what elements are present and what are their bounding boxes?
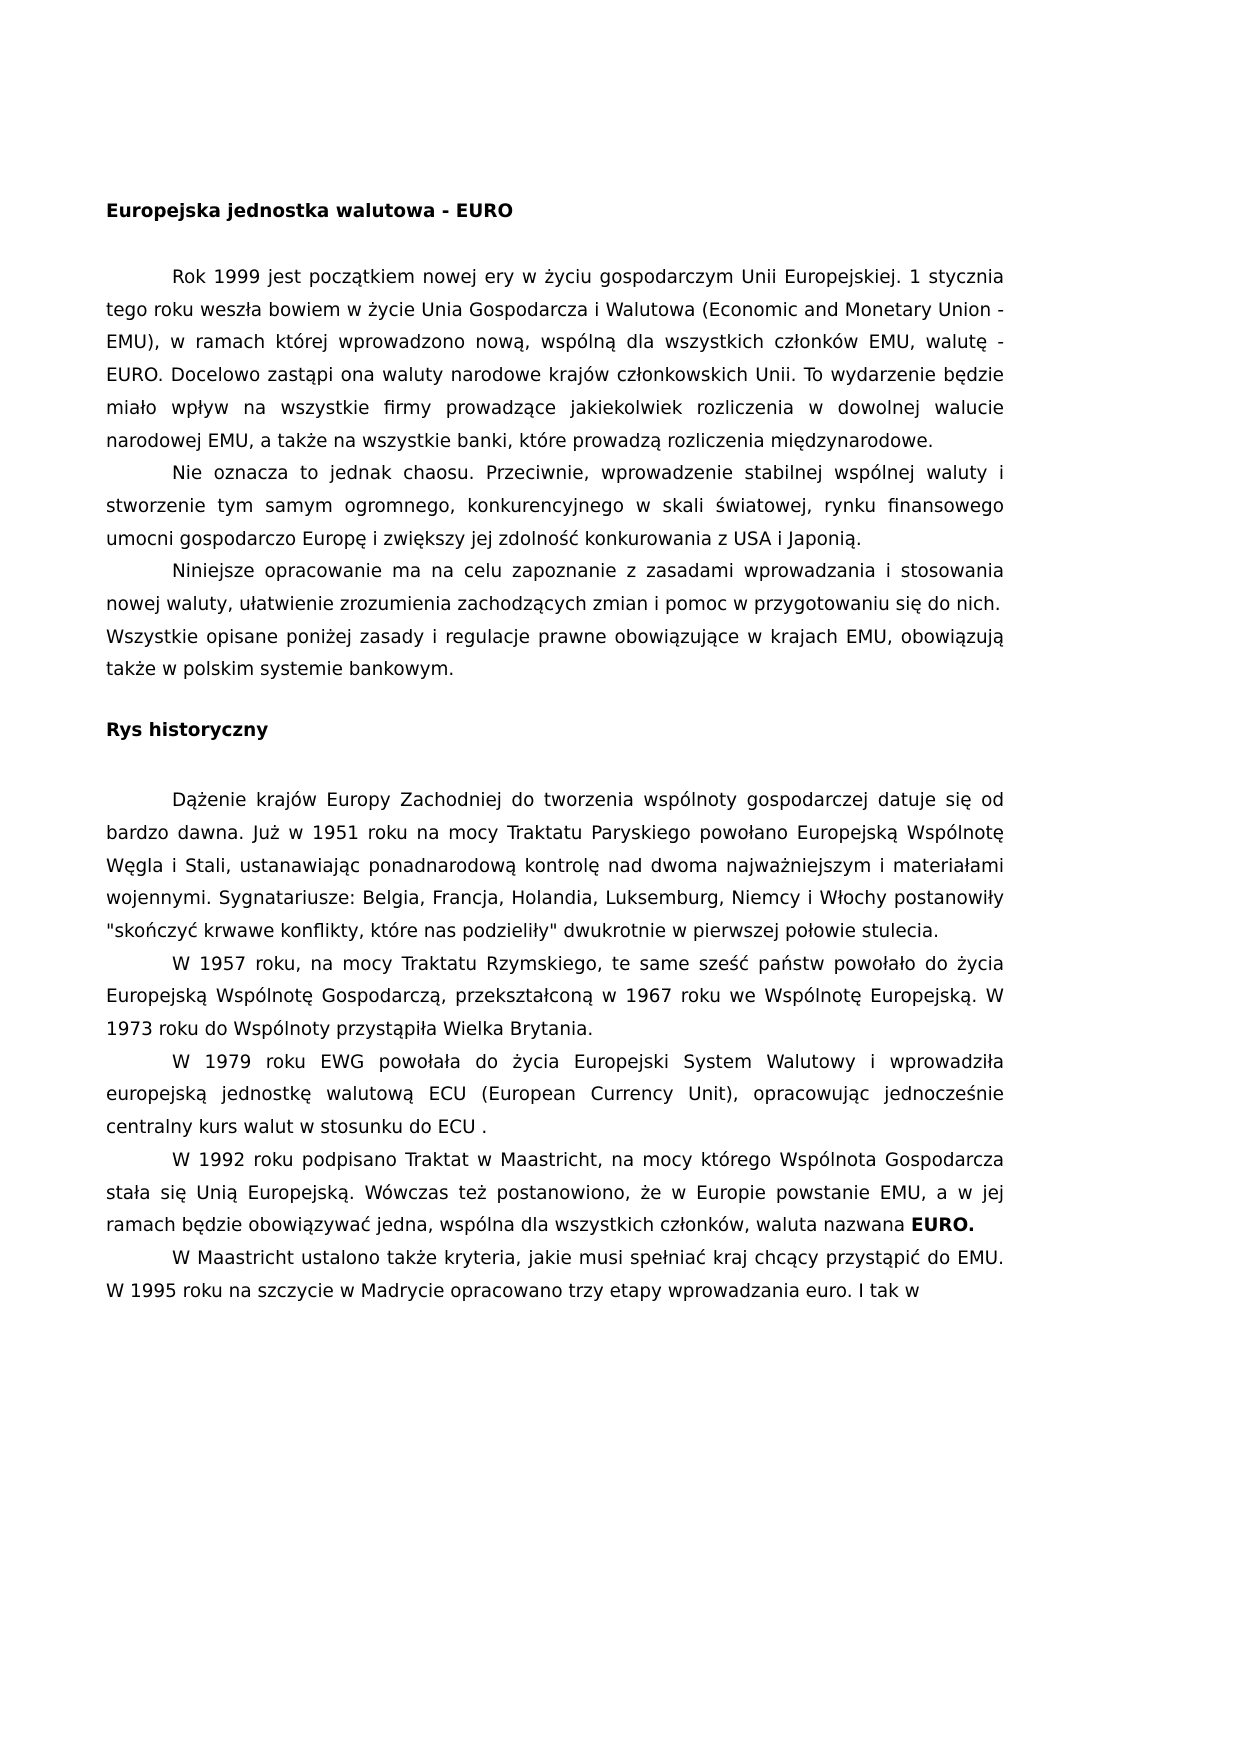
intro-paragraph-1: Rok 1999 jest początkiem nowej ery w życ… xyxy=(106,262,1004,458)
history-paragraph-3: W 1979 roku EWG powołała do życia Europe… xyxy=(106,1047,1004,1145)
spacer xyxy=(106,224,1004,262)
history-paragraph-4-text: W 1992 roku podpisano Traktat w Maastric… xyxy=(106,1150,1004,1236)
history-paragraph-2: W 1957 roku, na mocy Traktatu Rzymskiego… xyxy=(106,949,1004,1047)
euro-emphasis: EURO. xyxy=(911,1215,975,1236)
history-paragraph-5: W Maastricht ustalono także kryteria, ja… xyxy=(106,1243,1004,1308)
spacer xyxy=(106,687,1004,719)
intro-paragraph-3: Niniejsze opracowanie ma na celu zapozna… xyxy=(106,556,1004,621)
spacer xyxy=(106,743,1004,785)
intro-paragraph-2: Nie oznacza to jednak chaosu. Przeciwnie… xyxy=(106,458,1004,556)
history-paragraph-4: W 1992 roku podpisano Traktat w Maastric… xyxy=(106,1145,1004,1243)
section-heading: Rys historyczny xyxy=(106,719,1004,743)
intro-paragraph-4: Wszystkie opisane poniżej zasady i regul… xyxy=(106,622,1004,687)
history-paragraph-1: Dążenie krajów Europy Zachodniej do twor… xyxy=(106,785,1004,949)
document-page: Europejska jednostka walutowa - EURO Rok… xyxy=(106,200,1004,1308)
document-title: Europejska jednostka walutowa - EURO xyxy=(106,200,1004,224)
